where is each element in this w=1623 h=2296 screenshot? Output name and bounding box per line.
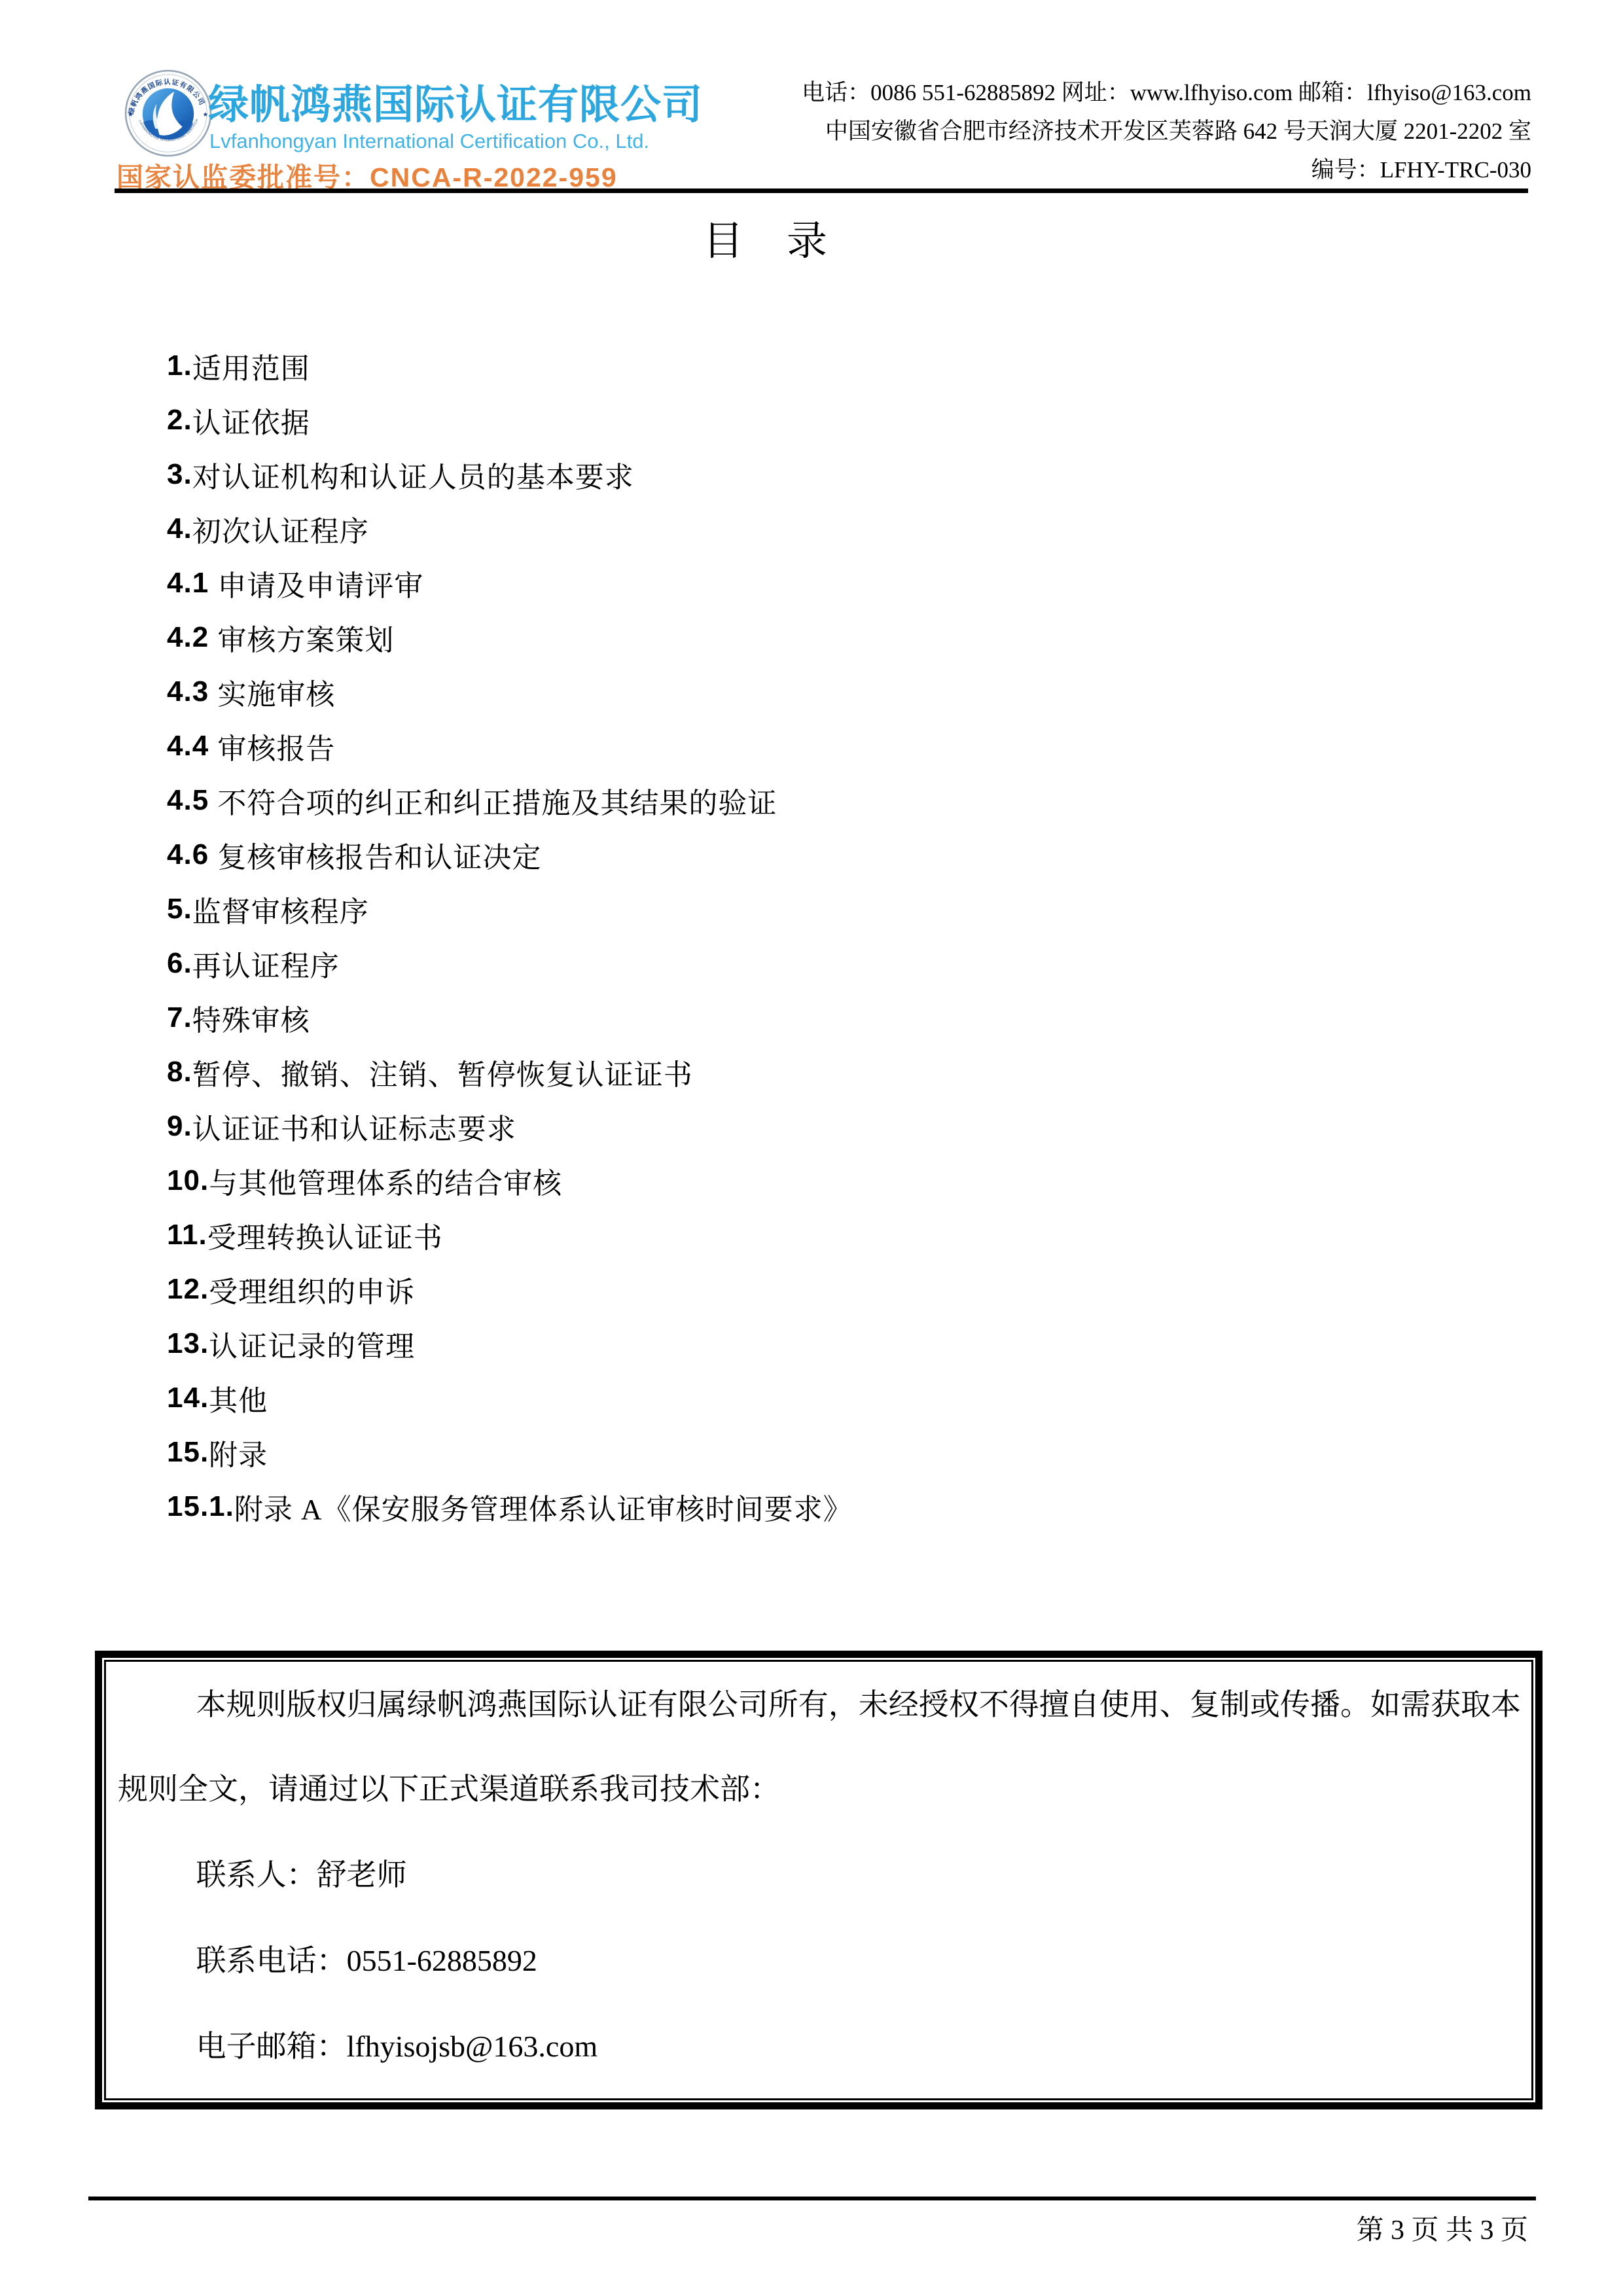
toc-item-label: 其他 [209, 1377, 268, 1419]
toc-item-label: 与其他管理体系的结合审核 [209, 1160, 562, 1202]
toc-item-label: 审核方案策划 [217, 617, 394, 658]
toc-item-number: 9. [167, 1110, 192, 1143]
toc-item: 4.6 复核审核报告和认证决定 [167, 827, 853, 882]
copyright-notice-inner: 本规则版权归属绿帆鸿燕国际认证有限公司所有，未经授权不得擅自使用、复制或传播。如… [104, 1660, 1533, 2100]
copyright-paragraph: 本规则版权归属绿帆鸿燕国际认证有限公司所有，未经授权不得擅自使用、复制或传播。如… [118, 1663, 1521, 1832]
toc-item-label: 暂停、撤销、注销、暂停恢复认证证书 [192, 1051, 693, 1093]
toc-item-number: 1. [167, 350, 192, 382]
toc-item-number: 10. [167, 1164, 209, 1197]
toc-item-number: 13. [167, 1327, 209, 1360]
toc-item-number: 6. [167, 947, 192, 980]
toc-item-label: 受理转换认证证书 [207, 1214, 443, 1256]
notice-contact-line: 联系人：舒老师 [118, 1832, 1521, 1918]
toc-item-label: 审核报告 [217, 725, 335, 767]
toc-item-number: 4.4 [167, 730, 217, 762]
table-of-contents: 1.适用范围2.认证依据3.对认证机构和认证人员的基本要求4.初次认证程序4.1… [167, 338, 853, 1534]
header-contact-line2: 中国安徽省合肥市经济技术开发区芙蓉路 642 号天润大厦 2201-2202 室 [802, 112, 1531, 151]
toc-item-label: 认证记录的管理 [209, 1323, 415, 1365]
toc-list: 1.适用范围2.认证依据3.对认证机构和认证人员的基本要求4.初次认证程序4.1… [167, 338, 853, 1534]
toc-item-number: 15. [167, 1436, 209, 1469]
toc-item-label: 附录 [209, 1431, 268, 1473]
toc-item: 4.1 申请及申请评审 [167, 556, 853, 610]
page-number: 第 3 页 共 3 页 [1356, 2208, 1528, 2248]
toc-item-label: 实施审核 [217, 671, 335, 713]
toc-item: 15.附录 [167, 1425, 853, 1479]
company-name-cn: 绿帆鸿燕国际认证有限公司 [208, 72, 703, 130]
toc-item-label: 复核审核报告和认证决定 [217, 834, 541, 876]
copyright-notice-box: 本规则版权归属绿帆鸿燕国际认证有限公司所有，未经授权不得擅自使用、复制或传播。如… [95, 1651, 1543, 2109]
toc-item: 1.适用范围 [167, 338, 853, 393]
toc-item: 2.认证依据 [167, 393, 853, 447]
company-seal-logo: 绿帆鸿燕国际认证有限公司 LVFANHONGYAN INTERNATIONAL … [124, 68, 212, 158]
toc-item-label: 初次认证程序 [192, 508, 369, 550]
toc-item: 12.受理组织的申诉 [167, 1262, 853, 1316]
toc-item-number: 2. [167, 404, 192, 437]
company-name-en: Lvfanhongyan International Certification… [209, 130, 649, 153]
toc-item: 4.5 不符合项的纠正和纠正措施及其结果的验证 [167, 773, 853, 827]
toc-item: 11.受理转换认证证书 [167, 1208, 853, 1262]
toc-item-number: 4.2 [167, 621, 217, 654]
seal-star-left-icon: ★ [128, 112, 133, 118]
notice-contact-lines: 联系人：舒老师联系电话：0551-62885892电子邮箱：lfhyisojsb… [118, 1832, 1521, 2089]
toc-item: 10.与其他管理体系的结合审核 [167, 1153, 853, 1208]
toc-item-label: 受理组织的申诉 [209, 1268, 415, 1310]
toc-item: 4.2 审核方案策划 [167, 610, 853, 664]
toc-item: 8.暂停、撤销、注销、暂停恢复认证证书 [167, 1045, 853, 1099]
toc-item: 13.认证记录的管理 [167, 1316, 853, 1371]
toc-item-number: 5. [167, 893, 192, 925]
toc-item-number: 3. [167, 458, 192, 491]
toc-item-number: 4.1 [167, 567, 217, 600]
toc-item-number: 4.6 [167, 838, 217, 871]
toc-item: 3.对认证机构和认证人员的基本要求 [167, 447, 853, 501]
toc-item-label: 监督审核程序 [192, 888, 369, 930]
toc-item-label: 再认证程序 [192, 942, 340, 984]
toc-item-number: 12. [167, 1273, 209, 1306]
toc-item: 4.初次认证程序 [167, 501, 853, 556]
toc-item-number: 4. [167, 512, 192, 545]
toc-item-number: 4.3 [167, 675, 217, 708]
toc-item-number: 7. [167, 1001, 192, 1034]
toc-item: 6.再认证程序 [167, 936, 853, 990]
header-doc-number: 编号：LFHY-TRC-030 [802, 151, 1531, 189]
document-page: 绿帆鸿燕国际认证有限公司 LVFANHONGYAN INTERNATIONAL … [0, 0, 1623, 2296]
notice-contact-line: 联系电话：0551-62885892 [118, 1918, 1521, 2003]
toc-item: 14.其他 [167, 1371, 853, 1425]
toc-item-label: 对认证机构和认证人员的基本要求 [192, 454, 634, 495]
toc-item-label: 认证依据 [192, 399, 310, 441]
toc-item-label: 适用范围 [192, 345, 310, 387]
toc-item: 4.3 实施审核 [167, 664, 853, 719]
page-title: 目 录 [0, 208, 1531, 266]
toc-item: 4.4 审核报告 [167, 719, 853, 773]
toc-item-label: 不符合项的纠正和纠正措施及其结果的验证 [217, 780, 777, 821]
footer-divider [88, 2197, 1536, 2200]
toc-item: 9.认证证书和认证标志要求 [167, 1099, 853, 1153]
toc-item-number: 11. [167, 1219, 207, 1251]
header-contact-block: 电话：0086 551-62885892 网址：www.lfhyiso.com … [802, 73, 1531, 189]
toc-item: 5.监督审核程序 [167, 882, 853, 936]
toc-item-number: 4.5 [167, 784, 217, 817]
toc-item-number: 14. [167, 1382, 209, 1414]
toc-item-number: 8. [167, 1056, 192, 1088]
toc-item-label: 特殊审核 [192, 997, 310, 1039]
seal-star-right-icon: ★ [203, 112, 208, 118]
toc-item-label: 认证证书和认证标志要求 [192, 1105, 516, 1147]
toc-item: 15.1.附录 A《保安服务管理体系认证审核时间要求》 [167, 1479, 853, 1534]
notice-contact-line: 电子邮箱：lfhyisojsb@163.com [118, 2003, 1521, 2089]
toc-item-number: 15.1. [167, 1490, 234, 1523]
header-contact-line1: 电话：0086 551-62885892 网址：www.lfhyiso.com … [802, 73, 1531, 112]
toc-item-label: 附录 A《保安服务管理体系认证审核时间要求》 [234, 1486, 853, 1528]
toc-item-label: 申请及申请评审 [217, 562, 423, 604]
toc-item: 7.特殊审核 [167, 990, 853, 1045]
header-divider [115, 188, 1528, 193]
